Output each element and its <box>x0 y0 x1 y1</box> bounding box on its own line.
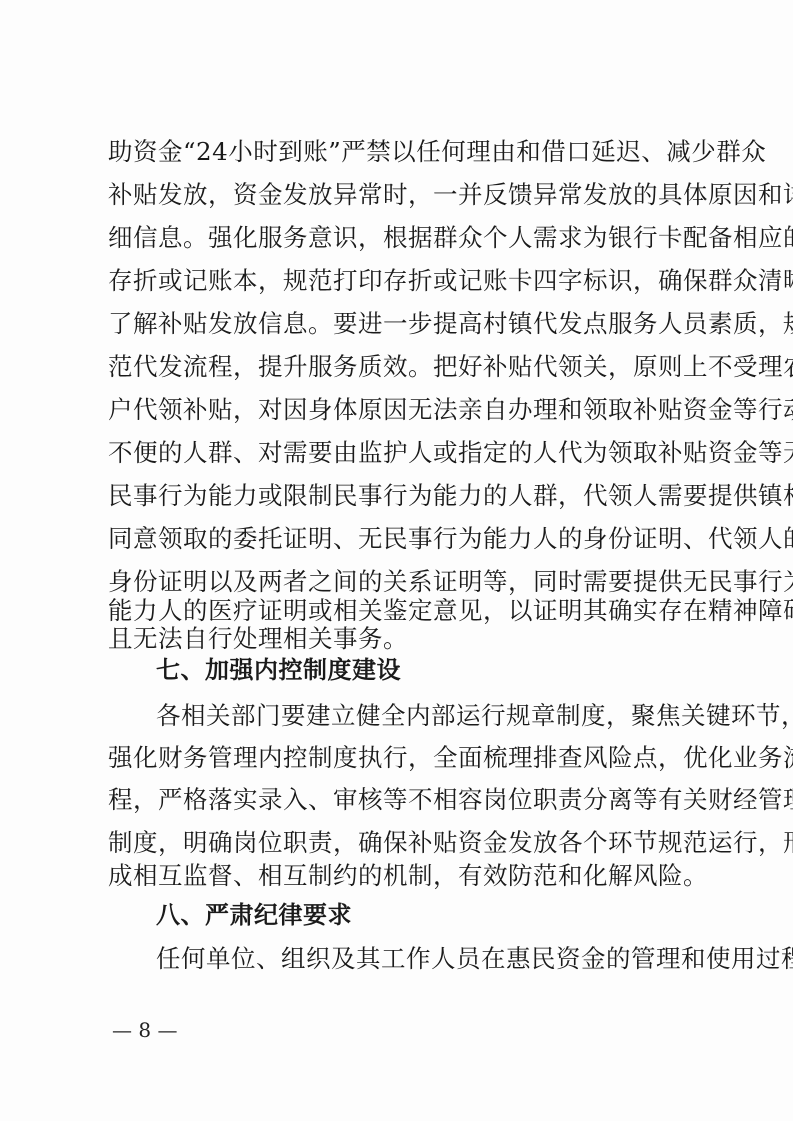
paragraph-line: 补贴发放，资金发放异常时，一并反馈异常发放的具体原因和详 <box>108 180 692 210</box>
paragraph-line: 民事行为能力或限制民事行为能力的人群，代领人需要提供镇村 <box>108 481 692 511</box>
paragraph-line: 能力人的医疗证明或相关鉴定意见，以证明其确实存在精神障碍 <box>108 596 692 626</box>
paragraph-line: 强化财务管理内控制度执行，全面梳理排查风险点，优化业务流 <box>108 743 692 773</box>
section-heading-7: 七、加强内控制度建设 <box>156 655 401 685</box>
paragraph-line: 了解补贴发放信息。要进一步提高村镇代发点服务人员素质，规 <box>108 309 692 339</box>
document-page: 助资金“24小时到账”严禁以任何理由和借口延迟、减少群众 补贴发放，资金发放异常… <box>0 0 793 1121</box>
paragraph-line: 不便的人群、对需要由监护人或指定的人代为领取补贴资金等无 <box>108 438 692 468</box>
paragraph-line: 范代发流程，提升服务质效。把好补贴代领关，原则上不受理农 <box>108 352 692 382</box>
paragraph-line: 成相互监督、相互制约的机制，有效防范和化解风险。 <box>108 861 692 891</box>
paragraph-line: 各相关部门要建立健全内部运行规章制度，聚焦关键环节， <box>156 701 692 731</box>
paragraph-line: 身份证明以及两者之间的关系证明等，同时需要提供无民事行为 <box>108 567 692 597</box>
page-number: — 8 — <box>112 1016 177 1044</box>
paragraph-line: 细信息。强化服务意识，根据群众个人需求为银行卡配备相应的 <box>108 223 692 253</box>
section-heading-8: 八、严肃纪律要求 <box>156 900 352 930</box>
paragraph-line: 程，严格落实录入、审核等不相容岗位职责分离等有关财经管理 <box>108 785 692 815</box>
paragraph-line: 户代领补贴，对因身体原因无法亲自办理和领取补贴资金等行动 <box>108 395 692 425</box>
paragraph-line: 同意领取的委托证明、无民事行为能力人的身份证明、代领人的 <box>108 524 692 554</box>
paragraph-line: 且无法自行处理相关事务。 <box>108 624 692 654</box>
paragraph-line: 制度，明确岗位职责，确保补贴资金发放各个环节规范运行，形 <box>108 828 692 858</box>
paragraph-line: 任何单位、组织及其工作人员在惠民资金的管理和使用过程 <box>156 944 692 974</box>
paragraph-line: 助资金“24小时到账”严禁以任何理由和借口延迟、减少群众 <box>108 137 692 167</box>
paragraph-line: 存折或记账本，规范打印存折或记账卡四字标识，确保群众清晰 <box>108 266 692 296</box>
